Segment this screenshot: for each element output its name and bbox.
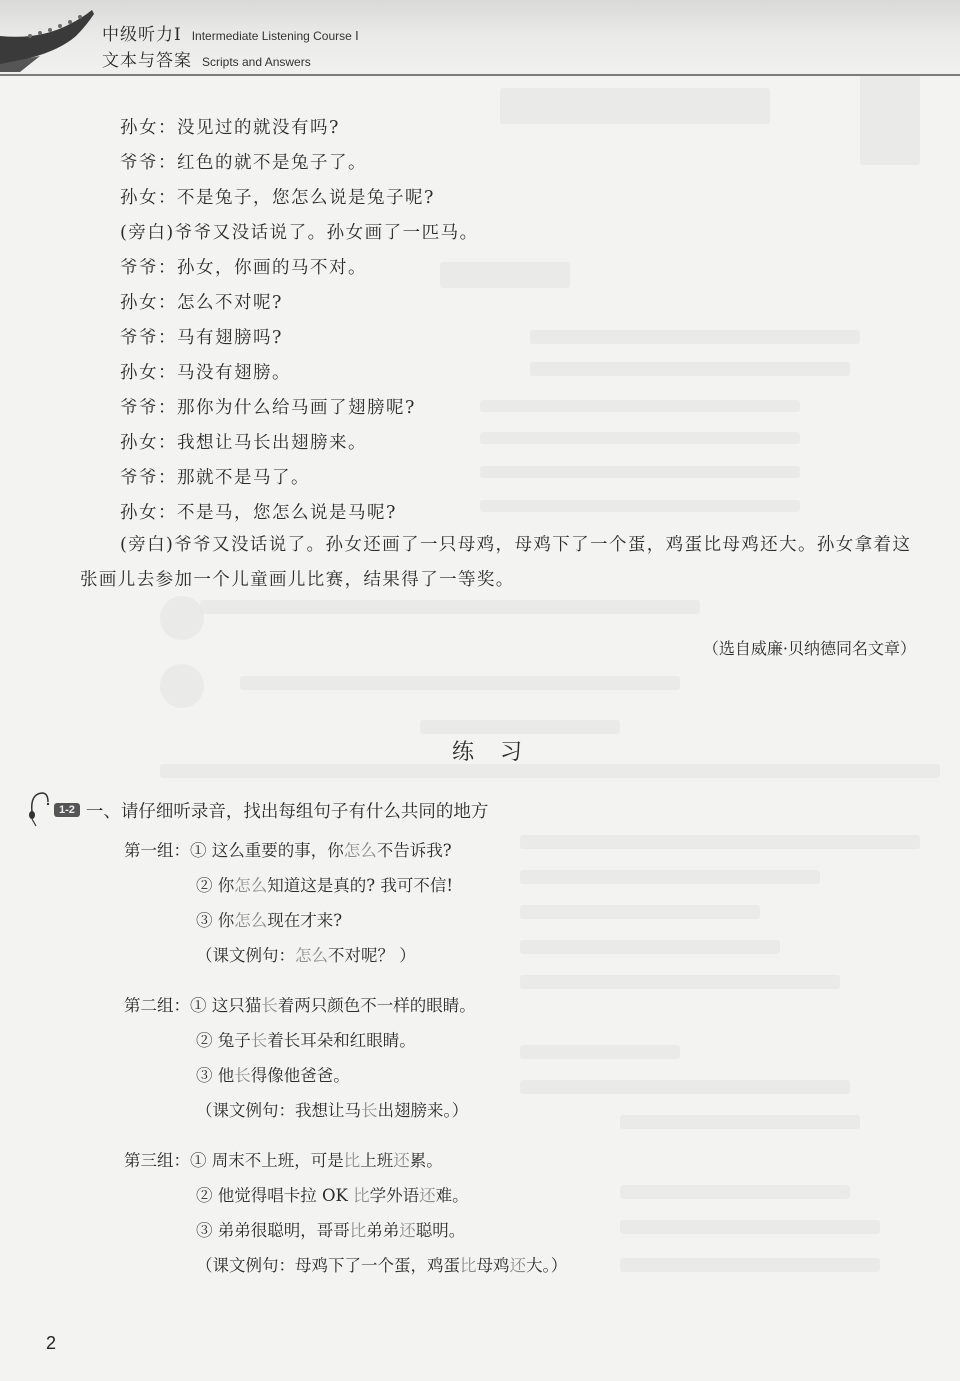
group-item: ③ 他长得像他爸爸。 [196, 1062, 350, 1086]
dialogue-line: (旁白)爷爷又没话说了。孙女画了一匹马。 [120, 219, 479, 244]
item-text: 出翅膀来。） [378, 1101, 469, 1120]
dialogue-line: 爷爷：孙女，你画的马不对。 [120, 254, 367, 279]
dialogue-line: 爷爷：那你为什么给马画了翅膀呢? [120, 394, 416, 419]
dialogue-line: 孙女：不是马，您怎么说是马呢? [120, 499, 397, 524]
group-item: 第一组：① 这么重要的事，你怎么不告诉我? [124, 837, 452, 861]
dialogue-line: 爷爷：那就不是马了。 [120, 464, 310, 489]
item-text: ② 他觉得唱卡拉 OK [196, 1186, 353, 1205]
item-text: 母鸡 [477, 1256, 510, 1275]
group-item: 第二组：① 这只猫长着两只颜色不一样的眼睛。 [124, 992, 476, 1016]
example-sentence: （课文例句：我想让马长出翅膀来。） [196, 1097, 468, 1121]
speaker: 爷爷： [120, 328, 177, 348]
highlight-word: 长 [234, 1066, 251, 1085]
book-subtitle-cn: 文本与答案 [102, 46, 192, 71]
item-text: 学外语 [370, 1186, 420, 1205]
item-text: （课文例句：母鸡下了一个蛋，鸡蛋 [196, 1256, 460, 1275]
item-text: 大。） [526, 1256, 567, 1275]
group-label: 第二组： [124, 996, 190, 1015]
speaker: 孙女： [120, 293, 177, 313]
highlight-word: 还 [419, 1186, 436, 1205]
item-text: 不告诉我? [377, 841, 452, 860]
speaker: 孙女： [120, 188, 177, 208]
line-text: 没见过的就没有吗? [177, 118, 340, 138]
item-text: ③ 他 [196, 1066, 234, 1085]
item-text: 现在才来? [267, 911, 342, 930]
line-text: 那就不是马了。 [177, 468, 310, 488]
item-text: 弟弟 [366, 1221, 399, 1240]
dialogue-line: 爷爷：红色的就不是兔子了。 [120, 149, 367, 174]
speaker: 孙女： [120, 118, 177, 138]
item-text: 着长耳朵和红眼睛。 [267, 1031, 416, 1050]
item-text: ③ 你 [196, 911, 234, 930]
item-text: ① 这么重要的事，你 [190, 841, 344, 860]
item-text: 难。 [436, 1186, 469, 1205]
dialogue-line: 孙女：怎么不对呢? [120, 289, 283, 314]
closing-paragraph: (旁白)爷爷又没话说了。孙女还画了一只母鸡，母鸡下了一个蛋，鸡蛋比母鸡还大。孙女… [80, 528, 922, 598]
speaker: (旁白) [120, 223, 175, 243]
dialogue-line: 孙女：不是兔子，您怎么说是兔子呢? [120, 184, 435, 209]
item-text: 不对呢？ ） [328, 946, 416, 965]
highlight-word: 比 [460, 1256, 477, 1275]
item-text: （课文例句： [196, 946, 295, 965]
speaker: 孙女： [120, 433, 177, 453]
item-text: 累。 [410, 1151, 443, 1170]
source-citation: （选自威廉·贝纳德同名文章） [703, 636, 916, 659]
highlight-word: 比 [353, 1186, 370, 1205]
line-text: 那你为什么给马画了翅膀呢? [177, 398, 416, 418]
group-item: ③ 你怎么现在才来? [196, 907, 342, 931]
book-subtitle-en: Scripts and Answers [202, 55, 311, 69]
group-item: ② 他觉得唱卡拉 OK 比学外语还难。 [196, 1182, 469, 1206]
speaker: 孙女： [120, 503, 177, 523]
highlight-word: 怎么 [295, 946, 328, 965]
highlight-word: 还 [393, 1151, 410, 1170]
item-text: ① 这只猫 [190, 996, 261, 1015]
dialogue-line: 爷爷：马有翅膀吗? [120, 324, 283, 349]
highlight-word: 长 [361, 1101, 378, 1120]
group-item: ③ 弟弟很聪明，哥哥比弟弟还聪明。 [196, 1217, 465, 1241]
highlight-word: 比 [344, 1151, 361, 1170]
speaker: 爷爷： [120, 468, 177, 488]
item-text: ① 周末不上班，可是 [190, 1151, 344, 1170]
highlight-word: 还 [399, 1221, 416, 1240]
item-text: ③ 弟弟很聪明，哥哥 [196, 1221, 350, 1240]
book-title-cn: 中级听力Ⅰ [102, 20, 182, 45]
line-text: 孙女，你画的马不对。 [177, 258, 367, 278]
line-text: 不是马，您怎么说是马呢? [177, 503, 397, 523]
item-text: 上班 [360, 1151, 393, 1170]
line-text: 红色的就不是兔子了。 [177, 153, 367, 173]
line-text: 马没有翅膀。 [177, 363, 291, 383]
exercise-heading: 1-2 一、请仔细听录音，找出每组句子有什么共同的地方 [28, 790, 488, 830]
line-text: 马有翅膀吗? [177, 328, 283, 348]
page-header: 中级听力Ⅰ Intermediate Listening Course Ⅰ 文本… [0, 0, 960, 76]
highlight-word: 怎么 [234, 876, 267, 895]
item-text: ② 你 [196, 876, 234, 895]
item-text: （课文例句：我想让马 [196, 1101, 361, 1120]
line-text: 爷爷又没话说了。孙女画了一匹马。 [175, 223, 479, 243]
exercise-title: 一、请仔细听录音，找出每组句子有什么共同的地方 [86, 798, 489, 823]
highlight-word: 怎么 [234, 911, 267, 930]
book-title-en: Intermediate Listening Course Ⅰ [192, 29, 359, 43]
group-item: 第三组：① 周末不上班，可是比上班还累。 [124, 1147, 443, 1171]
highlight-word: 还 [510, 1256, 527, 1275]
speaker: 爷爷： [120, 258, 177, 278]
dialogue-line: 孙女：马没有翅膀。 [120, 359, 291, 384]
highlight-word: 长 [251, 1031, 268, 1050]
group-item: ② 兔子长着长耳朵和红眼睛。 [196, 1027, 416, 1051]
highlight-word: 比 [350, 1221, 367, 1240]
example-sentence: （课文例句：母鸡下了一个蛋，鸡蛋比母鸡还大。） [196, 1252, 567, 1276]
page-number: 2 [46, 1333, 56, 1354]
speaker: 爷爷： [120, 398, 177, 418]
example-sentence: （课文例句：怎么不对呢？ ） [196, 942, 416, 966]
line-text: 怎么不对呢? [177, 293, 283, 313]
temple-roof-icon [0, 6, 100, 72]
group-label: 第三组： [124, 1151, 190, 1170]
item-text: 得像他爸爸。 [251, 1066, 350, 1085]
highlight-word: 怎么 [344, 841, 377, 860]
speaker: 孙女： [120, 363, 177, 383]
line-text: 我想让马长出翅膀来。 [177, 433, 367, 453]
line-text: 不是兔子，您怎么说是兔子呢? [177, 188, 435, 208]
section-title: 练习 [452, 735, 548, 766]
headphones-icon [28, 790, 50, 830]
item-text: 知道这是真的? 我可不信! [267, 876, 453, 895]
speaker: 爷爷： [120, 153, 177, 173]
item-text: 聪明。 [416, 1221, 466, 1240]
group-label: 第一组： [124, 841, 190, 860]
item-text: ② 兔子 [196, 1031, 251, 1050]
item-text: 着两只颜色不一样的眼睛。 [278, 996, 476, 1015]
highlight-word: 长 [261, 996, 278, 1015]
audio-track-badge[interactable]: 1-2 [54, 803, 80, 817]
dialogue-line: 孙女：我想让马长出翅膀来。 [120, 429, 367, 454]
dialogue-line: 孙女：没见过的就没有吗? [120, 114, 340, 139]
group-item: ② 你怎么知道这是真的? 我可不信! [196, 872, 453, 896]
